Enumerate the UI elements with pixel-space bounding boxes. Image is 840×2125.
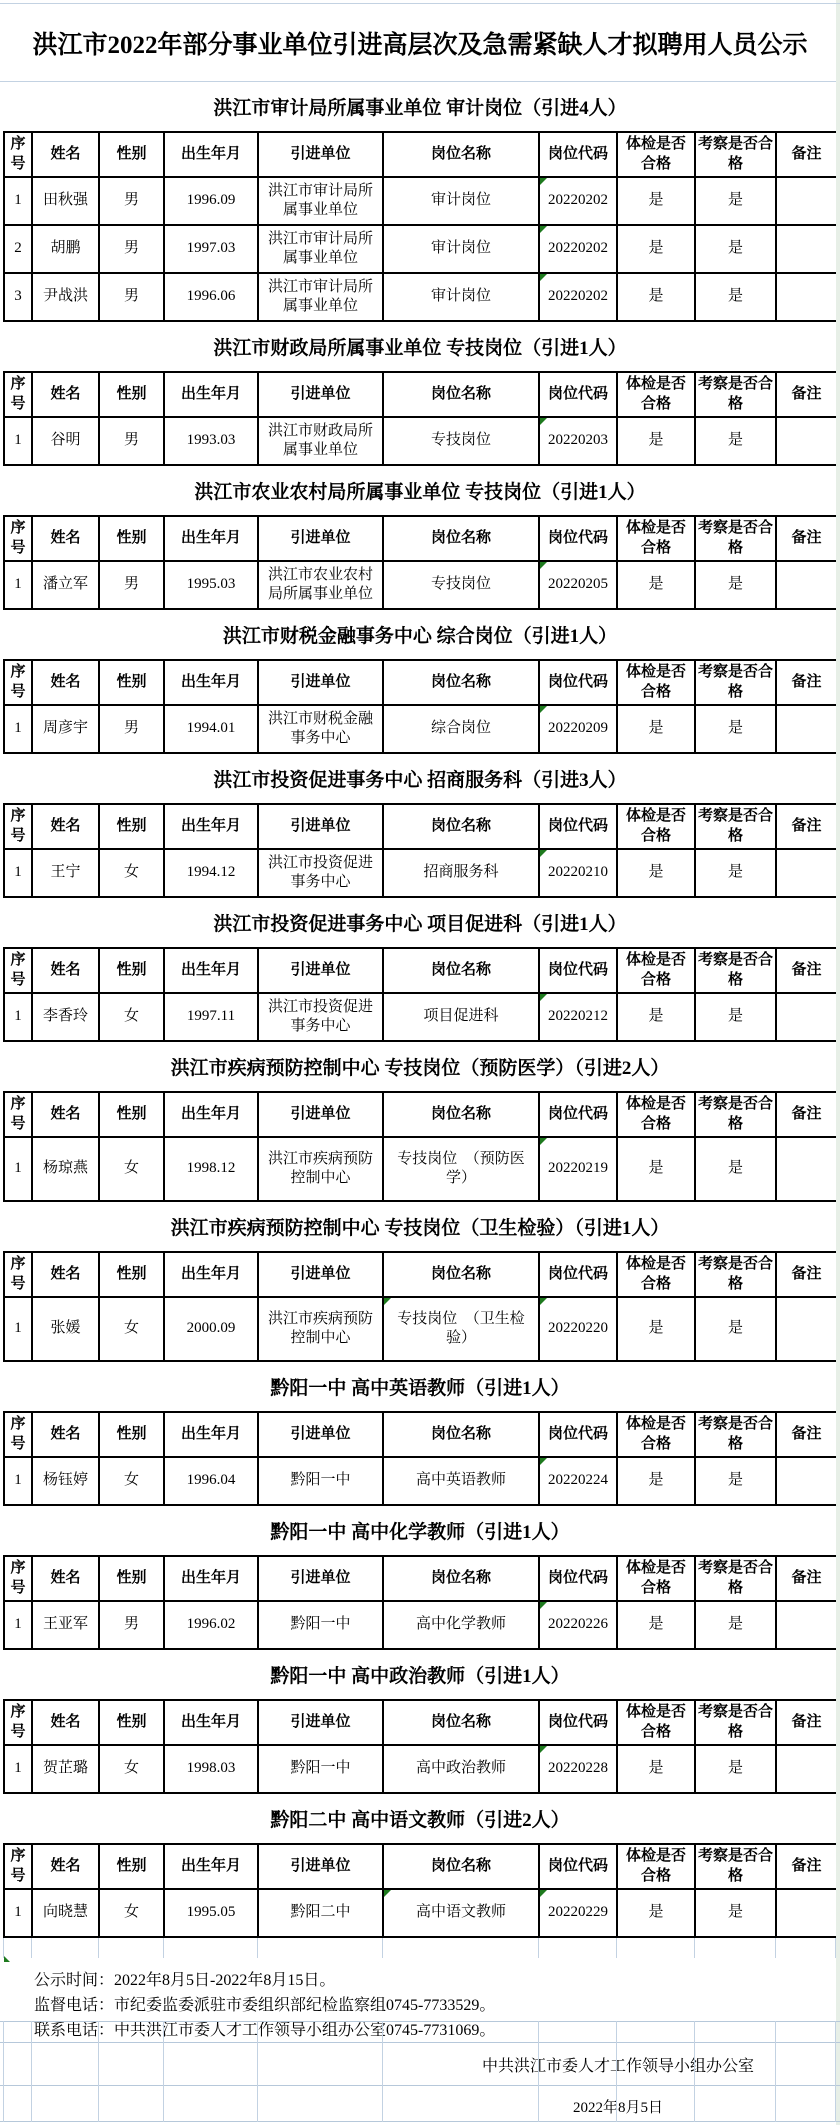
column-header: 考察是否合格	[695, 1700, 776, 1745]
column-header: 性别	[99, 804, 164, 849]
table-header-row: 序号姓名性别出生年月引进单位岗位名称岗位代码体检是否合格考察是否合格备注	[4, 804, 837, 849]
cell-seq: 1	[4, 417, 32, 465]
table-header-row: 序号姓名性别出生年月引进单位岗位名称岗位代码体检是否合格考察是否合格备注	[4, 948, 837, 993]
section-header: 洪江市投资促进事务中心 招商服务科（引进3人）	[0, 754, 840, 803]
cell-physical-exam: 是	[617, 273, 695, 321]
cell-position: 项目促进科	[383, 993, 539, 1041]
column-header: 引进单位	[258, 804, 383, 849]
gridline-stub	[31, 1938, 32, 1958]
cell-gender: 女	[99, 1889, 164, 1937]
column-header: 体检是否合格	[617, 372, 695, 417]
cell-inspection: 是	[695, 1297, 776, 1361]
column-header: 性别	[99, 1252, 164, 1297]
cell-birth: 1998.03	[164, 1745, 258, 1793]
cell-inspection: 是	[695, 1457, 776, 1505]
cell-birth: 1995.03	[164, 561, 258, 609]
cell-code: 20220212	[539, 993, 617, 1041]
roster-table: 序号姓名性别出生年月引进单位岗位名称岗位代码体检是否合格考察是否合格备注 1 谷…	[3, 371, 838, 466]
roster-section: 洪江市投资促进事务中心 项目促进科（引进1人） 序号姓名性别出生年月引进单位岗位…	[0, 898, 840, 1042]
cell-inspection: 是	[695, 1601, 776, 1649]
column-header: 序号	[4, 1252, 32, 1297]
cell-position: 高中化学教师	[383, 1601, 539, 1649]
cell-unit: 洪江市审计局所属事业单位	[258, 273, 383, 321]
table-row: 1 向晓慧 女 1995.05 黔阳二中 高中语文教师 20220229 是 是	[4, 1889, 837, 1937]
column-header: 考察是否合格	[695, 1556, 776, 1601]
roster-table: 序号姓名性别出生年月引进单位岗位名称岗位代码体检是否合格考察是否合格备注 1 贺…	[3, 1699, 838, 1794]
cell-position: 审计岗位	[383, 273, 539, 321]
roster-table: 序号姓名性别出生年月引进单位岗位名称岗位代码体检是否合格考察是否合格备注 1 潘…	[3, 515, 838, 610]
column-header: 引进单位	[258, 516, 383, 561]
column-header: 备注	[776, 804, 837, 849]
column-header: 序号	[4, 1092, 32, 1137]
section-header: 黔阳二中 高中语文教师（引进2人）	[0, 1794, 840, 1843]
column-header: 性别	[99, 1700, 164, 1745]
cell-remark	[776, 273, 837, 321]
cell-birth: 1994.12	[164, 849, 258, 897]
gridline-stub	[257, 1938, 258, 1958]
column-header: 出生年月	[164, 1252, 258, 1297]
cell-position: 高中语文教师	[383, 1889, 539, 1937]
cell-unit: 黔阳二中	[258, 1889, 383, 1937]
cell-remark	[776, 561, 837, 609]
cell-physical-exam: 是	[617, 1297, 695, 1361]
column-header: 岗位名称	[383, 1700, 539, 1745]
section-header: 黔阳一中 高中政治教师（引进1人）	[0, 1650, 840, 1699]
footer-gridline	[0, 2042, 840, 2043]
column-header: 考察是否合格	[695, 1252, 776, 1297]
column-header: 岗位代码	[539, 1092, 617, 1137]
cell-birth: 1996.02	[164, 1601, 258, 1649]
table-row: 1 杨钰婷 女 1996.04 黔阳一中 高中英语教师 20220224 是 是	[4, 1457, 837, 1505]
cell-seq: 2	[4, 225, 32, 273]
table-header-row: 序号姓名性别出生年月引进单位岗位名称岗位代码体检是否合格考察是否合格备注	[4, 1092, 837, 1137]
gridline-stub	[163, 1938, 164, 1958]
section-header: 洪江市投资促进事务中心 项目促进科（引进1人）	[0, 898, 840, 947]
column-header: 考察是否合格	[695, 1092, 776, 1137]
table-row: 1 田秋强 男 1996.09 洪江市审计局所属事业单位 审计岗位 202202…	[4, 177, 837, 225]
column-header: 岗位名称	[383, 1556, 539, 1601]
cell-position: 招商服务科	[383, 849, 539, 897]
footer-gridline-vertical	[616, 2021, 617, 2122]
cell-gender: 女	[99, 993, 164, 1041]
column-header: 体检是否合格	[617, 660, 695, 705]
column-header: 序号	[4, 1412, 32, 1457]
column-header: 备注	[776, 516, 837, 561]
footer-gridline-vertical	[835, 2021, 836, 2122]
green-corner-marker-icon	[540, 1298, 547, 1305]
column-header: 序号	[4, 1556, 32, 1601]
column-header: 体检是否合格	[617, 1252, 695, 1297]
cell-name: 胡鹏	[32, 225, 99, 273]
cell-code: 20220219	[539, 1137, 617, 1201]
table-header-row: 序号姓名性别出生年月引进单位岗位名称岗位代码体检是否合格考察是否合格备注	[4, 372, 837, 417]
green-corner-marker-icon	[384, 1890, 391, 1897]
cell-physical-exam: 是	[617, 561, 695, 609]
column-header: 岗位名称	[383, 132, 539, 177]
cell-name: 王宁	[32, 849, 99, 897]
table-row: 2 胡鹏 男 1997.03 洪江市审计局所属事业单位 审计岗位 2022020…	[4, 225, 837, 273]
column-header: 姓名	[32, 132, 99, 177]
gridline-stub	[98, 1938, 99, 1958]
column-header: 岗位名称	[383, 804, 539, 849]
column-header: 序号	[4, 804, 32, 849]
cell-seq: 1	[4, 177, 32, 225]
cell-name: 杨钰婷	[32, 1457, 99, 1505]
footer-gridline-vertical	[98, 2021, 99, 2122]
column-header: 体检是否合格	[617, 1556, 695, 1601]
cell-name: 杨琼燕	[32, 1137, 99, 1201]
cell-inspection: 是	[695, 273, 776, 321]
cell-remark	[776, 1137, 837, 1201]
column-header: 姓名	[32, 516, 99, 561]
cell-remark	[776, 225, 837, 273]
cell-remark	[776, 849, 837, 897]
footer-gridline-vertical	[3, 2021, 4, 2122]
cell-code: 20220229	[539, 1889, 617, 1937]
column-header: 姓名	[32, 1844, 99, 1889]
cell-unit: 洪江市疾病预防控制中心	[258, 1297, 383, 1361]
cell-seq: 1	[4, 849, 32, 897]
cell-birth: 2000.09	[164, 1297, 258, 1361]
roster-table: 序号姓名性别出生年月引进单位岗位名称岗位代码体检是否合格考察是否合格备注 1 周…	[3, 659, 838, 754]
cell-position: 专技岗位 （卫生检验）	[383, 1297, 539, 1361]
cell-gender: 男	[99, 225, 164, 273]
column-header: 姓名	[32, 1092, 99, 1137]
cell-remark	[776, 177, 837, 225]
green-corner-marker-icon	[540, 1602, 547, 1609]
cell-birth: 1996.06	[164, 273, 258, 321]
column-header: 岗位名称	[383, 1092, 539, 1137]
column-header: 姓名	[32, 372, 99, 417]
supervision-phone-line: 监督电话：市纪委监委派驻市委组织部纪检监察组0745-7733529。	[34, 1993, 840, 2018]
cell-birth: 1994.01	[164, 705, 258, 753]
cell-inspection: 是	[695, 177, 776, 225]
cell-code: 20220209	[539, 705, 617, 753]
footer-gridline-vertical	[257, 2021, 258, 2122]
cell-inspection: 是	[695, 1137, 776, 1201]
table-header-row: 序号姓名性别出生年月引进单位岗位名称岗位代码体检是否合格考察是否合格备注	[4, 1844, 837, 1889]
cell-name: 尹战洪	[32, 273, 99, 321]
column-header: 岗位名称	[383, 1844, 539, 1889]
gridline-stub	[694, 1938, 695, 1958]
cell-remark	[776, 1457, 837, 1505]
table-row: 1 贺芷璐 女 1998.03 黔阳一中 高中政治教师 20220228 是 是	[4, 1745, 837, 1793]
roster-section: 洪江市投资促进事务中心 招商服务科（引进3人） 序号姓名性别出生年月引进单位岗位…	[0, 754, 840, 898]
cell-code: 20220202	[539, 225, 617, 273]
column-header: 考察是否合格	[695, 372, 776, 417]
column-header: 引进单位	[258, 660, 383, 705]
column-header: 体检是否合格	[617, 948, 695, 993]
cell-name: 周彦宇	[32, 705, 99, 753]
table-row: 1 张媛 女 2000.09 洪江市疾病预防控制中心 专技岗位 （卫生检验） 2…	[4, 1297, 837, 1361]
column-header: 性别	[99, 1556, 164, 1601]
column-header: 岗位代码	[539, 948, 617, 993]
cell-position: 专技岗位 （预防医学）	[383, 1137, 539, 1201]
cell-inspection: 是	[695, 1745, 776, 1793]
roster-section: 洪江市疾病预防控制中心 专技岗位（卫生检验）（引进1人） 序号姓名性别出生年月引…	[0, 1202, 840, 1362]
column-header: 序号	[4, 948, 32, 993]
column-header: 姓名	[32, 1700, 99, 1745]
column-header: 出生年月	[164, 1412, 258, 1457]
column-header: 姓名	[32, 948, 99, 993]
cell-unit: 洪江市财税金融事务中心	[258, 705, 383, 753]
column-header: 出生年月	[164, 804, 258, 849]
column-header: 引进单位	[258, 1412, 383, 1457]
section-header: 黔阳一中 高中英语教师（引进1人）	[0, 1362, 840, 1411]
cell-name: 王亚军	[32, 1601, 99, 1649]
cell-gender: 女	[99, 1137, 164, 1201]
column-header: 性别	[99, 1412, 164, 1457]
column-header: 体检是否合格	[617, 1844, 695, 1889]
table-row: 3 尹战洪 男 1996.06 洪江市审计局所属事业单位 审计岗位 202202…	[4, 273, 837, 321]
cell-position: 高中政治教师	[383, 1745, 539, 1793]
announcement-page: 洪江市2022年部分事业单位引进高层次及急需紧缺人才拟聘用人员公示 洪江市审计局…	[0, 0, 840, 2125]
cell-physical-exam: 是	[617, 1457, 695, 1505]
cell-birth: 1996.04	[164, 1457, 258, 1505]
cell-seq: 1	[4, 705, 32, 753]
table-row: 1 杨琼燕 女 1998.12 洪江市疾病预防控制中心 专技岗位 （预防医学） …	[4, 1137, 837, 1201]
cell-unit: 洪江市投资促进事务中心	[258, 993, 383, 1041]
gridline-stub	[538, 1938, 539, 1958]
roster-section: 黔阳一中 高中政治教师（引进1人） 序号姓名性别出生年月引进单位岗位名称岗位代码…	[0, 1650, 840, 1794]
cell-code: 20220220	[539, 1297, 617, 1361]
green-corner-marker-icon	[540, 226, 547, 233]
table-row: 1 王亚军 男 1996.02 黔阳一中 高中化学教师 20220226 是 是	[4, 1601, 837, 1649]
column-header: 备注	[776, 132, 837, 177]
column-header: 备注	[776, 1412, 837, 1457]
footer-gridline-vertical	[694, 2021, 695, 2122]
roster-section: 黔阳一中 高中化学教师（引进1人） 序号姓名性别出生年月引进单位岗位名称岗位代码…	[0, 1506, 840, 1650]
cell-code: 20220202	[539, 273, 617, 321]
cell-gender: 女	[99, 1745, 164, 1793]
column-header: 出生年月	[164, 1844, 258, 1889]
cell-gender: 男	[99, 561, 164, 609]
cell-unit: 黔阳一中	[258, 1457, 383, 1505]
column-header: 出生年月	[164, 948, 258, 993]
cell-physical-exam: 是	[617, 705, 695, 753]
column-header: 出生年月	[164, 516, 258, 561]
column-header: 岗位代码	[539, 1700, 617, 1745]
table-row: 1 李香玲 女 1997.11 洪江市投资促进事务中心 项目促进科 202202…	[4, 993, 837, 1041]
footer-gridline-vertical	[775, 2021, 776, 2122]
footer-gridline	[0, 2021, 840, 2022]
column-header: 考察是否合格	[695, 1412, 776, 1457]
cell-physical-exam: 是	[617, 1889, 695, 1937]
cell-name: 潘立军	[32, 561, 99, 609]
cell-seq: 1	[4, 1457, 32, 1505]
section-header: 洪江市疾病预防控制中心 专技岗位（预防医学）（引进2人）	[0, 1042, 840, 1091]
footer-gridline	[0, 2085, 840, 2086]
cell-birth: 1998.12	[164, 1137, 258, 1201]
cell-code: 20220228	[539, 1745, 617, 1793]
cell-name: 贺芷璐	[32, 1745, 99, 1793]
roster-table: 序号姓名性别出生年月引进单位岗位名称岗位代码体检是否合格考察是否合格备注 1 王…	[3, 1555, 838, 1650]
column-header: 序号	[4, 372, 32, 417]
cell-seq: 3	[4, 273, 32, 321]
publicity-period-line: 公示时间：2022年8月5日-2022年8月15日。	[34, 1968, 840, 1993]
column-header: 体检是否合格	[617, 1092, 695, 1137]
table-row: 1 王宁 女 1994.12 洪江市投资促进事务中心 招商服务科 2022021…	[4, 849, 837, 897]
column-header: 岗位代码	[539, 1844, 617, 1889]
green-corner-marker-icon	[540, 1138, 547, 1145]
green-corner-marker-icon	[540, 418, 547, 425]
footer-gridline	[0, 2121, 840, 2122]
cell-birth: 1995.05	[164, 1889, 258, 1937]
column-header: 出生年月	[164, 660, 258, 705]
footer-gridline-vertical	[538, 2021, 539, 2122]
green-corner-marker-icon	[540, 178, 547, 185]
roster-table: 序号姓名性别出生年月引进单位岗位名称岗位代码体检是否合格考察是否合格备注 1 杨…	[3, 1411, 838, 1506]
column-header: 岗位代码	[539, 372, 617, 417]
cell-unit: 洪江市审计局所属事业单位	[258, 177, 383, 225]
column-header: 岗位名称	[383, 1252, 539, 1297]
column-header: 备注	[776, 1700, 837, 1745]
column-header: 性别	[99, 372, 164, 417]
cell-remark	[776, 1297, 837, 1361]
green-corner-marker-icon	[540, 850, 547, 857]
column-header: 岗位名称	[383, 948, 539, 993]
roster-section: 洪江市农业农村局所属事业单位 专技岗位（引进1人） 序号姓名性别出生年月引进单位…	[0, 466, 840, 610]
roster-table: 序号姓名性别出生年月引进单位岗位名称岗位代码体检是否合格考察是否合格备注 1 张…	[3, 1251, 838, 1362]
column-header: 性别	[99, 1092, 164, 1137]
cell-seq: 1	[4, 993, 32, 1041]
column-header: 备注	[776, 948, 837, 993]
column-header: 出生年月	[164, 1700, 258, 1745]
cell-gender: 男	[99, 177, 164, 225]
column-header: 考察是否合格	[695, 516, 776, 561]
gridline-stub	[835, 1938, 836, 1958]
cell-inspection: 是	[695, 849, 776, 897]
column-header: 引进单位	[258, 372, 383, 417]
section-header: 黔阳一中 高中化学教师（引进1人）	[0, 1506, 840, 1555]
cell-code: 20220202	[539, 177, 617, 225]
column-header: 引进单位	[258, 1844, 383, 1889]
column-header: 性别	[99, 516, 164, 561]
cell-physical-exam: 是	[617, 225, 695, 273]
table-header-row: 序号姓名性别出生年月引进单位岗位名称岗位代码体检是否合格考察是否合格备注	[4, 1700, 837, 1745]
cell-position: 综合岗位	[383, 705, 539, 753]
column-header: 引进单位	[258, 1700, 383, 1745]
table-header-row: 序号姓名性别出生年月引进单位岗位名称岗位代码体检是否合格考察是否合格备注	[4, 1412, 837, 1457]
cell-remark	[776, 1889, 837, 1937]
column-header: 序号	[4, 1844, 32, 1889]
empty-grid-stub-row	[3, 1938, 836, 1958]
green-corner-marker-icon	[540, 706, 547, 713]
cell-seq: 1	[4, 1297, 32, 1361]
cell-unit: 洪江市审计局所属事业单位	[258, 225, 383, 273]
gridline-stub	[3, 1938, 4, 1958]
green-corner-marker-icon	[540, 1746, 547, 1753]
cell-physical-exam: 是	[617, 417, 695, 465]
column-header: 体检是否合格	[617, 804, 695, 849]
column-header: 出生年月	[164, 132, 258, 177]
footer-gridline-vertical	[31, 2021, 32, 2122]
gridline-stub	[616, 1938, 617, 1958]
cell-physical-exam: 是	[617, 849, 695, 897]
cell-inspection: 是	[695, 417, 776, 465]
table-row: 1 周彦宇 男 1994.01 洪江市财税金融事务中心 综合岗位 2022020…	[4, 705, 837, 753]
section-header: 洪江市疾病预防控制中心 专技岗位（卫生检验）（引进1人）	[0, 1202, 840, 1251]
sections-container: 洪江市审计局所属事业单位 审计岗位（引进4人） 序号姓名性别出生年月引进单位岗位…	[0, 82, 840, 1938]
cell-code: 20220226	[539, 1601, 617, 1649]
green-corner-marker-icon	[540, 1458, 547, 1465]
column-header: 性别	[99, 660, 164, 705]
cell-seq: 1	[4, 561, 32, 609]
table-header-row: 序号姓名性别出生年月引进单位岗位名称岗位代码体检是否合格考察是否合格备注	[4, 516, 837, 561]
column-header: 姓名	[32, 660, 99, 705]
cell-physical-exam: 是	[617, 1601, 695, 1649]
column-header: 考察是否合格	[695, 660, 776, 705]
cell-position: 审计岗位	[383, 225, 539, 273]
column-header: 姓名	[32, 1412, 99, 1457]
column-header: 体检是否合格	[617, 1412, 695, 1457]
column-header: 岗位名称	[383, 660, 539, 705]
cell-birth: 1997.11	[164, 993, 258, 1041]
roster-table: 序号姓名性别出生年月引进单位岗位名称岗位代码体检是否合格考察是否合格备注 1 杨…	[3, 1091, 838, 1202]
cell-seq: 1	[4, 1137, 32, 1201]
top-gridline	[0, 3, 840, 4]
column-header: 出生年月	[164, 1556, 258, 1601]
cell-position: 专技岗位	[383, 417, 539, 465]
column-header: 备注	[776, 372, 837, 417]
cell-code: 20220210	[539, 849, 617, 897]
cell-remark	[776, 993, 837, 1041]
column-header: 岗位名称	[383, 1412, 539, 1457]
column-header: 岗位代码	[539, 804, 617, 849]
table-row: 1 谷明 男 1993.03 洪江市财政局所属事业单位 专技岗位 2022020…	[4, 417, 837, 465]
cell-physical-exam: 是	[617, 993, 695, 1041]
column-header: 备注	[776, 1556, 837, 1601]
table-header-row: 序号姓名性别出生年月引进单位岗位名称岗位代码体检是否合格考察是否合格备注	[4, 1252, 837, 1297]
cell-remark	[776, 417, 837, 465]
column-header: 备注	[776, 1092, 837, 1137]
column-header: 体检是否合格	[617, 516, 695, 561]
cell-name: 田秋强	[32, 177, 99, 225]
cell-name: 李香玲	[32, 993, 99, 1041]
green-corner-marker-icon	[384, 1298, 391, 1305]
cell-unit: 洪江市投资促进事务中心	[258, 849, 383, 897]
roster-section: 洪江市审计局所属事业单位 审计岗位（引进4人） 序号姓名性别出生年月引进单位岗位…	[0, 82, 840, 322]
column-header: 备注	[776, 660, 837, 705]
column-header: 岗位代码	[539, 132, 617, 177]
section-header: 洪江市审计局所属事业单位 审计岗位（引进4人）	[0, 82, 840, 131]
column-header: 备注	[776, 1252, 837, 1297]
column-header: 岗位代码	[539, 1252, 617, 1297]
roster-table: 序号姓名性别出生年月引进单位岗位名称岗位代码体检是否合格考察是否合格备注 1 王…	[3, 803, 838, 898]
cell-inspection: 是	[695, 561, 776, 609]
roster-section: 黔阳一中 高中英语教师（引进1人） 序号姓名性别出生年月引进单位岗位名称岗位代码…	[0, 1362, 840, 1506]
footer-gridline-vertical	[382, 2021, 383, 2122]
cell-position: 审计岗位	[383, 177, 539, 225]
cell-gender: 男	[99, 273, 164, 321]
cell-gender: 女	[99, 1297, 164, 1361]
column-header: 岗位名称	[383, 516, 539, 561]
section-header: 洪江市财税金融事务中心 综合岗位（引进1人）	[0, 610, 840, 659]
cell-unit: 洪江市农业农村局所属事业单位	[258, 561, 383, 609]
cell-gender: 女	[99, 1457, 164, 1505]
roster-section: 洪江市财政局所属事业单位 专技岗位（引进1人） 序号姓名性别出生年月引进单位岗位…	[0, 322, 840, 466]
cell-unit: 洪江市疾病预防控制中心	[258, 1137, 383, 1201]
cell-birth: 1997.03	[164, 225, 258, 273]
column-header: 备注	[776, 1844, 837, 1889]
column-header: 引进单位	[258, 132, 383, 177]
green-corner-marker-icon	[540, 1890, 547, 1897]
column-header: 序号	[4, 132, 32, 177]
cell-remark	[776, 1745, 837, 1793]
cell-remark	[776, 705, 837, 753]
table-header-row: 序号姓名性别出生年月引进单位岗位名称岗位代码体检是否合格考察是否合格备注	[4, 1556, 837, 1601]
column-header: 岗位代码	[539, 660, 617, 705]
